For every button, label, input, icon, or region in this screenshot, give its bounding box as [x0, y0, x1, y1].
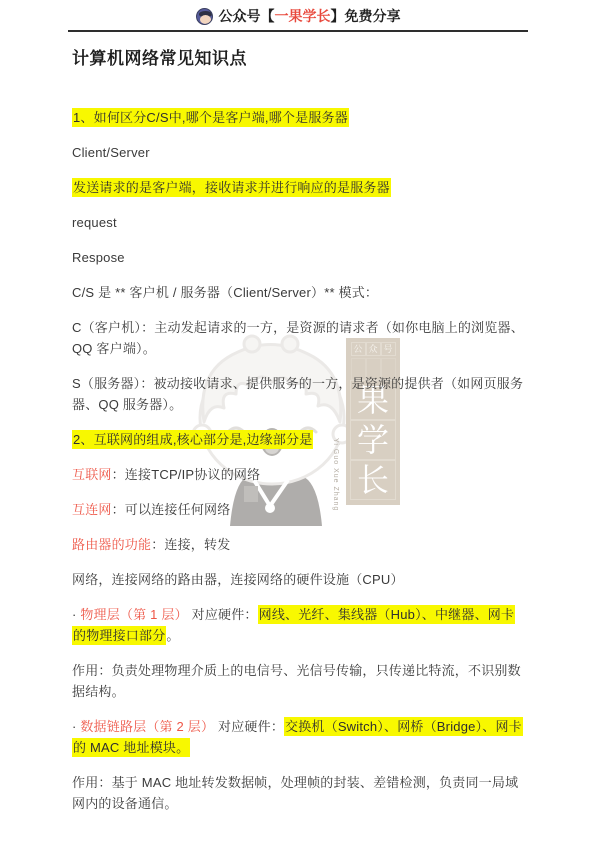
paragraph: request: [72, 212, 526, 233]
text-run: ：可以连接任何网络: [112, 502, 231, 517]
paragraph: 作用：基于 MAC 地址转发数据帧，处理帧的封装、差错检测，负责同一局域网内的设…: [72, 772, 526, 814]
red-keyword: 物理层（第 1 层）: [80, 607, 187, 622]
red-keyword: 互联网: [72, 467, 112, 482]
document-page: 公众号【一果学长】免费分享: [0, 0, 596, 842]
highlighted-text: 发送请求的是客户端，接收请求并进行响应的是服务器: [72, 178, 391, 197]
highlighted-text: 2、互联网的组成,核心部分是,边缘部分是: [72, 430, 313, 449]
paragraph: 1、如何区分C/S中,哪个是客户端,哪个是服务器: [72, 107, 526, 128]
text-run: 。: [166, 628, 179, 643]
paragraph: S（服务器）：被动接收请求、提供服务的一方，是资源的提供者（如网页服务器、QQ …: [72, 373, 526, 415]
text-run: 对应硬件：: [214, 719, 284, 734]
text-run: 网络，连接网络的路由器，连接网络的硬件设施（CPU）: [72, 572, 404, 587]
highlighted-text: 1、如何区分C/S中,哪个是客户端,哪个是服务器: [72, 108, 349, 127]
document-title: 计算机网络常见知识点: [72, 44, 526, 69]
header-brand: 一果学长: [275, 8, 331, 24]
paragraph: · 数据链路层（第 2 层） 对应硬件：交换机（Switch）、网桥（Bridg…: [72, 716, 526, 758]
text-run: request: [72, 215, 117, 230]
text-run: S（服务器）：被动接收请求、提供服务的一方，是资源的提供者（如网页服务器、QQ …: [72, 376, 523, 412]
text-run: C/S 是 ** 客户机 / 服务器（Client/Server）** 模式：: [72, 285, 378, 300]
paragraph: Respose: [72, 247, 526, 268]
text-run: 作用：基于 MAC 地址转发数据帧，处理帧的封装、差错检测，负责同一局域网内的设…: [72, 775, 518, 811]
page-header: 公众号【一果学长】免费分享: [0, 6, 596, 26]
paragraph: · 物理层（第 1 层） 对应硬件：网线、光纤、集线器（Hub）、中继器、网卡的…: [72, 604, 526, 646]
mascot-avatar-icon: [196, 8, 213, 25]
paragraph: Client/Server: [72, 142, 526, 163]
red-keyword: 路由器的功能: [72, 537, 151, 552]
text-run: Respose: [72, 250, 125, 265]
text-run: Client/Server: [72, 145, 150, 160]
document-body: 1、如何区分C/S中,哪个是客户端,哪个是服务器Client/Server发送请…: [72, 107, 526, 814]
document-content: 计算机网络常见知识点 1、如何区分C/S中,哪个是客户端,哪个是服务器Clien…: [72, 44, 526, 828]
text-run: 对应硬件：: [188, 607, 258, 622]
header-divider: [68, 30, 528, 32]
paragraph: C/S 是 ** 客户机 / 服务器（Client/Server）** 模式：: [72, 282, 526, 303]
text-run: ：连接TCP/IP协议的网络: [112, 467, 261, 482]
text-run: C（客户机）：主动发起请求的一方，是资源的请求者（如你电脑上的浏览器、QQ 客户…: [72, 320, 524, 356]
paragraph: 作用：负责处理物理介质上的电信号、光信号传输，只传递比特流，不识别数据结构。: [72, 660, 526, 702]
header-title: 公众号【一果学长】免费分享: [219, 6, 401, 26]
paragraph: 互联网：连接TCP/IP协议的网络: [72, 464, 526, 485]
paragraph: C（客户机）：主动发起请求的一方，是资源的请求者（如你电脑上的浏览器、QQ 客户…: [72, 317, 526, 359]
red-keyword: 数据链路层（第 2 层）: [80, 719, 214, 734]
text-run: 作用：负责处理物理介质上的电信号、光信号传输，只传递比特流，不识别数据结构。: [72, 663, 521, 699]
header-suffix: 】免费分享: [331, 8, 401, 24]
paragraph: 路由器的功能：连接，转发: [72, 534, 526, 555]
paragraph: 2、互联网的组成,核心部分是,边缘部分是: [72, 429, 526, 450]
red-keyword: 互连网: [72, 502, 112, 517]
header-prefix: 公众号【: [219, 8, 275, 24]
paragraph: 发送请求的是客户端，接收请求并进行响应的是服务器: [72, 177, 526, 198]
paragraph: 互连网：可以连接任何网络: [72, 499, 526, 520]
text-run: ：连接，转发: [151, 537, 230, 552]
paragraph: 网络，连接网络的路由器，连接网络的硬件设施（CPU）: [72, 569, 526, 590]
